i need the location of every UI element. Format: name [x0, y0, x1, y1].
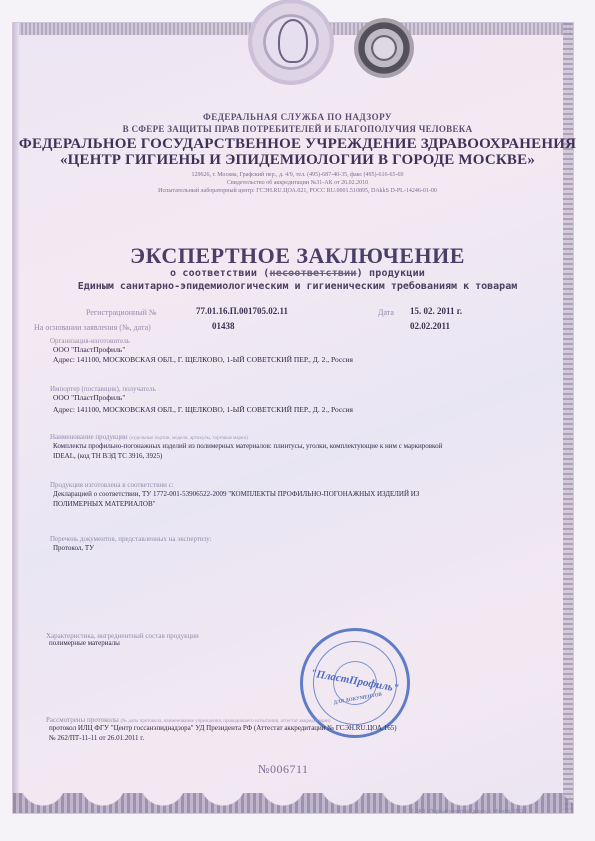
- basis-date: 02.02.2011: [410, 321, 450, 331]
- date-label: Дата: [378, 308, 394, 317]
- document-subtitle: о соответствии (несоответствии) продукци…: [0, 268, 595, 279]
- product-line2: IDEAL, (код ТН ВЭД ТС 3916, 3925): [53, 452, 162, 460]
- header-address: 129626, г. Москва, Графский пер., д. 4/9…: [0, 172, 595, 178]
- header-accreditation: Свидетельство об аккредитации №31-АК от …: [0, 180, 595, 186]
- reg-label: Регистрационный №: [86, 308, 157, 317]
- protocols-line2: № 262/ПТ-11-11 от 26.01.2011 г.: [49, 734, 144, 742]
- protocols-line1: протокол ИЛЦ ФГУ "Центр госсанэпиднадзор…: [49, 724, 397, 732]
- basis-number: 01438: [212, 321, 235, 331]
- importer-address: Адрес: 141100, МОСКОВСКАЯ ОБЛ., Г. ЩЕЛКО…: [53, 405, 353, 414]
- subtitle-suffix: ) продукции: [357, 268, 425, 279]
- importer-name: ООО "ПластПрофиль": [53, 393, 125, 402]
- hologram-seal-icon: [354, 18, 414, 78]
- serial-number: №006711: [258, 762, 309, 777]
- manufacturer-name: ООО "ПластПрофиль": [53, 345, 125, 354]
- emblem-icon: [252, 3, 330, 81]
- standard-line2: ПОЛИМЕРНЫХ МАТЕРИАЛОВ": [53, 500, 155, 508]
- product-line1: Комплекты профильно-погонажных изделий и…: [53, 442, 442, 450]
- product-label: Наименование продукции (отдельные партии…: [50, 433, 248, 441]
- docs-value: Протокол, ТУ: [53, 544, 94, 552]
- header-institution-line1: ФЕДЕРАЛЬНОЕ ГОСУДАРСТВЕННОЕ УЧРЕЖДЕНИЕ З…: [0, 136, 595, 153]
- standard-line1: Декларацией о соответствии, ТУ 1772-001-…: [53, 490, 419, 498]
- subtitle-struck: несоответствии: [270, 268, 357, 279]
- header-agency-line2: В СФЕРЕ ЗАЩИТЫ ПРАВ ПОТРЕБИТЕЛЕЙ И БЛАГО…: [0, 124, 595, 134]
- reg-value: 77.01.16.П.001705.02.11: [196, 306, 288, 316]
- header-agency-line1: ФЕДЕРАЛЬНАЯ СЛУЖБА ПО НАДЗОРУ: [0, 112, 595, 122]
- basis-label: На основании заявления (№, дата): [34, 323, 151, 332]
- date-value: 15. 02. 2011 г.: [410, 306, 462, 316]
- protocols-label: Рассмотрены протоколы (№ даты протокола,…: [46, 716, 330, 724]
- header-lab: Испытательный лабораторный центр: ГСЭН.R…: [0, 188, 595, 194]
- header-institution-line2: «ЦЕНТР ГИГИЕНЫ И ЭПИДЕМИОЛОГИИ В ГОРОДЕ …: [0, 152, 595, 169]
- protocols-label-text: Рассмотрены протоколы: [46, 716, 119, 724]
- composition-value: полимерные материалы: [49, 639, 120, 647]
- document-title: ЭКСПЕРТНОЕ ЗАКЛЮЧЕНИЕ: [0, 243, 595, 269]
- subtitle-prefix: о соответствии (: [170, 268, 270, 279]
- standard-label: Продукция изготовлена в соответствии с:: [50, 481, 174, 489]
- docs-label: Перечень документов, представленных на э…: [50, 535, 212, 543]
- product-label-text: Наименование продукции: [50, 433, 128, 441]
- document-subtitle2: Единым санитарно-эпидемиологическим и ги…: [0, 281, 595, 292]
- product-label-note: (отдельные партии, модели, артикулы, тор…: [129, 436, 247, 441]
- importer-label: Импортер (поставщик), получатель: [50, 385, 156, 393]
- manufacturer-address: Адрес: 141100, МОСКОВСКАЯ ОБЛ., Г. ЩЕЛКО…: [53, 355, 353, 364]
- printer-copyright: © ЗАО «Первый печатный двор», г. Москва,…: [410, 809, 528, 815]
- manufacturer-label: Организация-изготовитель: [50, 337, 130, 345]
